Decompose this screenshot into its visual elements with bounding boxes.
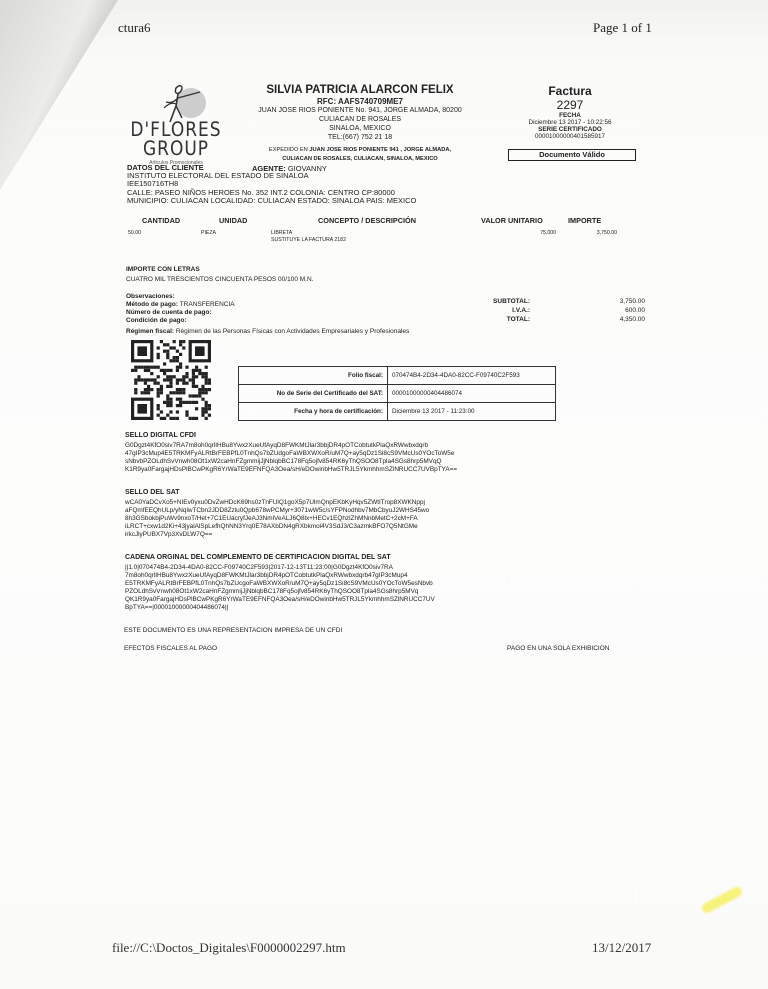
amount-in-words-label: IMPORTE CON LETRAS	[126, 266, 200, 273]
payment-method: TRANSFERENCIA	[180, 301, 235, 308]
certificate-serial-label: SERIE CERTIFICADO	[505, 126, 635, 133]
cert-date-value: Diciembre 13 2017 - 11:23:00	[388, 403, 556, 421]
issuer-block: SILVIA PATRICIA ALARCON FELIX RFC: AAFS7…	[230, 84, 490, 142]
logo-text-group: GROUP	[120, 138, 232, 161]
certificate-serial: 00001000000401585917	[505, 133, 635, 140]
invoice-date-label: FECHA	[505, 112, 635, 119]
observations-label: Observaciones:	[126, 293, 175, 300]
issuer-address-2: CULIACAN DE ROSALES	[230, 115, 490, 124]
sat-serial-label: No de Serie del Certificado del SAT:	[239, 385, 388, 403]
issued-at-line-2: CULIACAN DE ROSALES, CULIACAN, SINALOA, …	[282, 156, 437, 162]
cfdi-legend: ESTE DOCUMENTO ES UNA REPRESENTACION IMP…	[124, 627, 342, 635]
cfdi-seal-label: SELLO DIGITAL CFDI	[125, 432, 457, 439]
sat-seal-text: wCA0YaDCvXo5+NIEv0yxu0DvZwHDcK69hs0zTnFU…	[125, 499, 429, 539]
text-line: G0Dgzt4KfO0siv7RA7m8oh0qrlIHBu8YwxzXueUf…	[125, 442, 457, 450]
col-header-valor-unitario: VALOR UNITARIO	[481, 216, 543, 225]
folio-value: 070474B4-2D34-4DA0-82CC-F09740C2F593	[388, 367, 556, 385]
sat-serial-value: 00001000000404486074	[388, 385, 556, 403]
payment-info-block: Observaciones: Método de pago: TRANSFERE…	[126, 293, 235, 325]
original-chain-label: CADENA ORGINAL DEL COMPLEMENTO DE CERTIF…	[125, 554, 435, 561]
tax-regime-label: Régimen fiscal:	[126, 328, 174, 335]
text-line: 8h3GSbokbjPuWv9nxoT/Het+7C1EUacryfJeAJ3N…	[125, 515, 429, 523]
text-line: PZOLdhSvVnwh08Ot1xW2caHnFZgmmijJjNblqbBC…	[125, 588, 435, 596]
item-concept-description: SUSTITUYE LA FACTURA 2182	[271, 237, 346, 244]
text-line: K1R9ya0FargajHDsPlBCwPKgR6YrWaTE9EFNFQA3…	[125, 466, 457, 474]
issued-at-line-1: JUAN JOSE RIOS PONIENTE 941 , JORGE ALMA…	[309, 147, 451, 153]
company-logo: D'FLORES GROUP Articulos Promocionales	[120, 82, 230, 172]
tax-regime: Régimen fiscal: Régimen de las Personas …	[126, 328, 409, 336]
cfdi-seal-text: G0Dgzt4KfO0siv7RA7m8oh0qrlIHBu8YwxzXueUf…	[125, 442, 457, 474]
cert-row-date: Fecha y hora de certificación: Diciembre…	[239, 403, 556, 421]
col-header-cantidad: CANTIDAD	[142, 216, 180, 225]
single-payment-legend: PAGO EN UNA SOLA EXHIBICION	[507, 645, 609, 653]
text-line: irkcJlyPUBX7Vp3XvDLW7Q==	[125, 531, 429, 539]
print-header-page: Page 1 of 1	[593, 20, 652, 36]
print-header-title: ctura6	[118, 20, 150, 36]
invoice-info-block: Factura 2297 FECHA Diciembre 13 2017 - 1…	[505, 84, 635, 140]
issuer-name: SILVIA PATRICIA ALARCON FELIX	[230, 84, 490, 97]
certification-table: Folio fiscal: 070474B4-2D34-4DA0-82CC-F0…	[238, 366, 556, 421]
print-footer-url: file://C:\Doctos_Digitales\F0000002297.h…	[112, 940, 346, 956]
invoice-date: Diciembre 13 2017 - 10:22:56	[505, 119, 635, 126]
subtotal-value: 3,750.00	[555, 298, 645, 306]
sat-seal-block: SELLO DEL SAT wCA0YaDCvXo5+NIEv0yxu0DvZw…	[125, 489, 429, 539]
cfdi-seal-block: SELLO DIGITAL CFDI G0Dgzt4KfO0siv7RA7m8o…	[125, 432, 457, 474]
issuer-address-3: SINALOA, MEXICO	[230, 124, 490, 133]
invoice-title: Factura	[505, 84, 635, 98]
subtotal-label: SUBTOTAL:	[440, 298, 530, 306]
col-header-importe: IMPORTE	[568, 216, 601, 225]
total-label: TOTAL:	[440, 316, 530, 324]
payment-account-label: Número de cuenta de pago:	[126, 309, 212, 316]
text-line: sNbvbPZOLdhSvVnwh08Ot1xW2caHnFZgmmijJjNb…	[125, 458, 457, 466]
tax-regime-value: Régimen de las Personas Físicas con Acti…	[176, 328, 409, 335]
cert-row-serial: No de Serie del Certificado del SAT: 000…	[239, 385, 556, 403]
cert-row-folio: Folio fiscal: 070474B4-2D34-4DA0-82CC-F0…	[239, 367, 556, 385]
original-chain-block: CADENA ORGINAL DEL COMPLEMENTO DE CERTIF…	[125, 554, 435, 612]
text-line: QK1R9ya0FargajHDsPlBCwPKgR6YrWaTE9EFNFQA…	[125, 596, 435, 604]
invoice-number: 2297	[505, 98, 635, 112]
iva-value: 600.00	[555, 307, 645, 315]
item-cantidad: 50.00	[128, 230, 141, 237]
print-footer-date: 13/12/2017	[592, 940, 651, 956]
fiscal-effects-legend: EFECTOS FISCALES AL PAGO	[124, 645, 217, 653]
sat-seal-label: SELLO DEL SAT	[125, 489, 429, 496]
valid-document-badge: Documento Válido	[508, 149, 636, 161]
cert-date-label: Fecha y hora de certificación:	[239, 403, 388, 421]
item-importe: 3,750.00	[585, 230, 617, 237]
text-line: iLRCT+cxw1d2Ki+43jyalAlSpLefhQhNN3Yrq0E7…	[125, 523, 429, 531]
item-concept-name: LIBRETA	[271, 230, 346, 237]
text-line: 7m8oh0qrlIHBu8YwxzXueUfAyqD8FWKMtJlar3bb…	[125, 572, 435, 580]
issuer-address-1: JUAN JOSE RIOS PONIENTE No. 941, JORGE A…	[230, 106, 490, 115]
col-header-concepto: CONCEPTO / DESCRIPCIÓN	[318, 216, 416, 225]
text-line: ||1.0|070474B4-2D34-4DA0-82CC-F09740C2F5…	[125, 564, 435, 572]
qr-code-icon	[131, 340, 211, 420]
item-unidad: PIEZA	[201, 230, 216, 237]
client-municipality: MUNICIPIO: CULIACAN LOCALIDAD: CULIACAN …	[127, 197, 416, 205]
col-header-unidad: UNIDAD	[219, 216, 247, 225]
payment-method-label: Método de pago:	[126, 301, 178, 308]
amount-in-words-block: IMPORTE CON LETRAS CUATRO MIL TRESCIENTO…	[126, 266, 313, 284]
original-chain-text: ||1.0|070474B4-2D34-4DA0-82CC-F09740C2F5…	[125, 564, 435, 612]
item-valor-unitario: 75.000	[532, 230, 556, 237]
amount-in-words: CUATRO MIL TRESCIENTOS CINCUENTA PESOS 0…	[126, 276, 313, 284]
total-value: 4,350.00	[555, 316, 645, 324]
agent-label: AGENTE:	[252, 164, 286, 173]
text-line: aFQmfEEQhULp/yNqlwTCbn2JDD8Zzlu0Qpb678wP…	[125, 507, 429, 515]
issuer-phone: TEL:(667) 752 21 18	[230, 133, 490, 142]
text-line: E5TRKMFyALRtBrFEBPfL0TnhQs7bZUcgoFaWBXWX…	[125, 580, 435, 588]
folio-label: Folio fiscal:	[239, 367, 388, 385]
iva-label: I.V.A.:	[440, 307, 530, 315]
payment-condition-label: Condición de pago:	[126, 317, 187, 324]
agent-info: AGENTE: GIOVANNY	[252, 164, 327, 173]
issued-at-label: EXPEDIDO EN	[269, 147, 308, 153]
issuer-rfc: RFC: AAFS740709ME7	[230, 97, 490, 106]
item-concepto: LIBRETA SUSTITUYE LA FACTURA 2182	[271, 230, 346, 244]
text-line: BpTYA==|00001000000404486074||	[125, 604, 435, 612]
text-line: wCA0YaDCvXo5+NIEv0yxu0DvZwHDcK69hs0zTnFU…	[125, 499, 429, 507]
issued-at-block: EXPEDIDO EN JUAN JOSE RIOS PONIENTE 941 …	[230, 146, 490, 164]
text-line: 47gIP3cMup4E5TRKMFyALRtBrFEBPfL0TnhQs7bZ…	[125, 450, 457, 458]
agent-name: GIOVANNY	[288, 164, 327, 173]
